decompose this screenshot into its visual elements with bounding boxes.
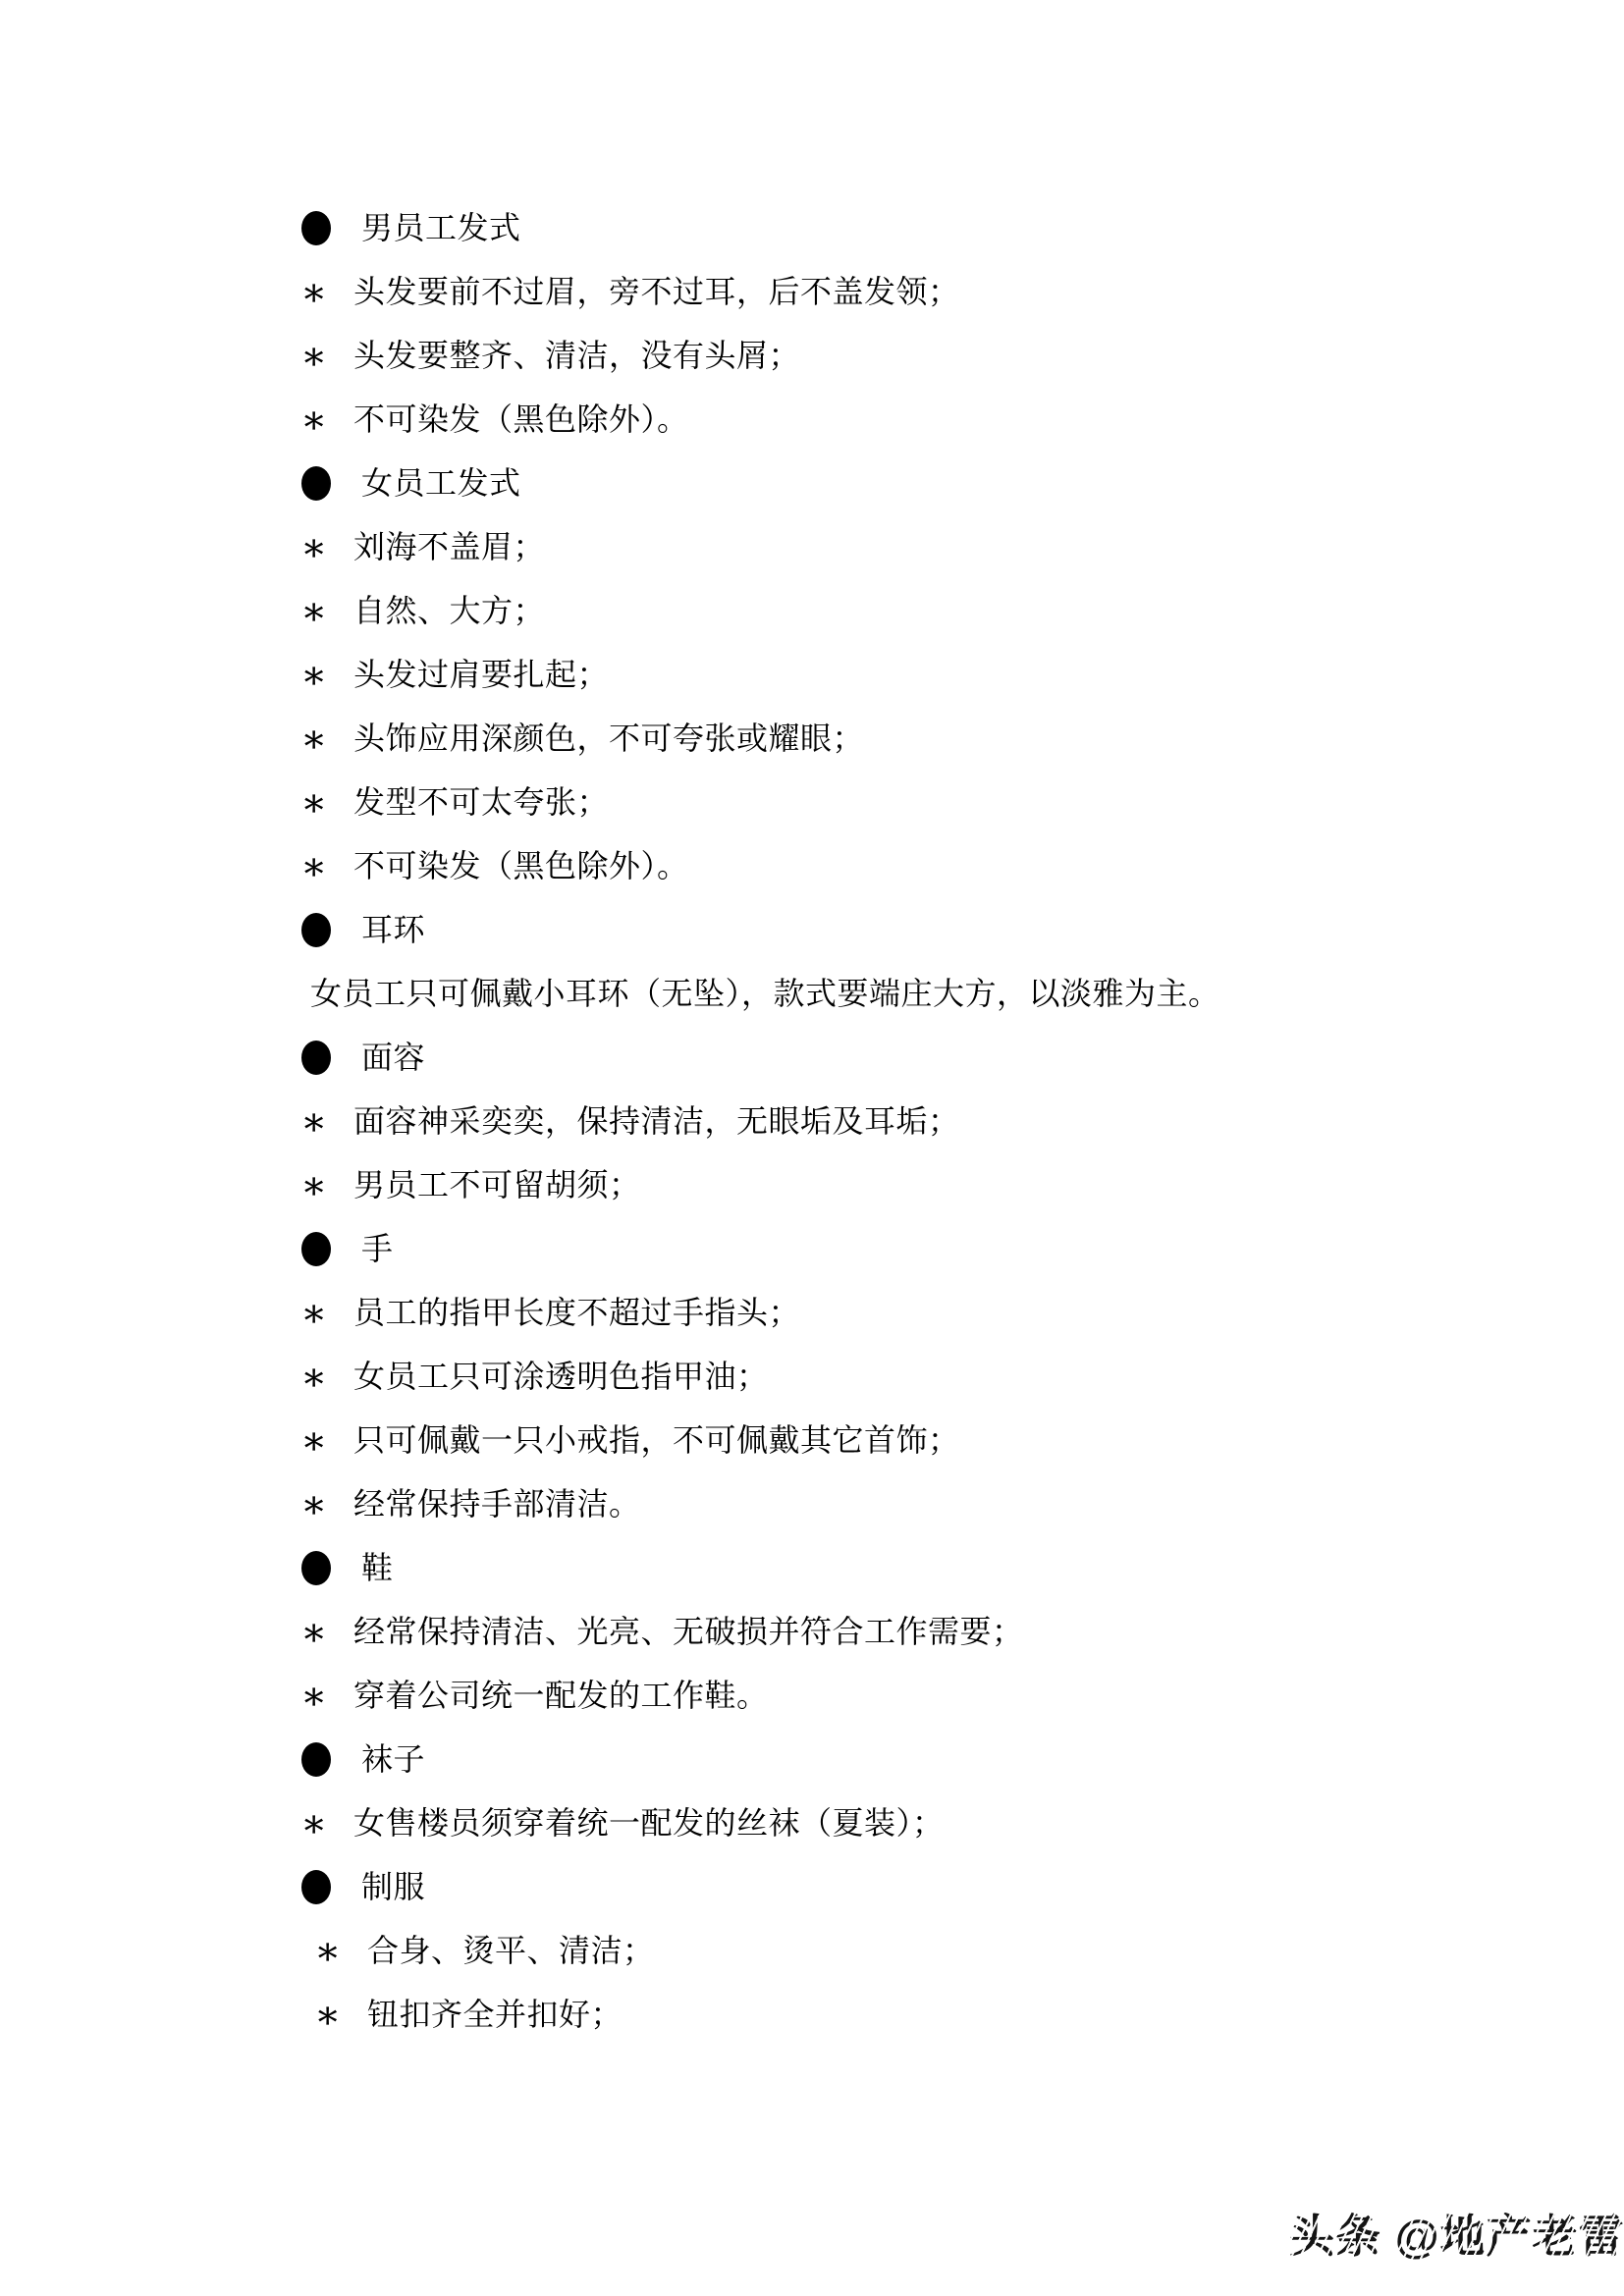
document-page: 男员工发式∗头发要前不过眉，旁不过耳，后不盖发领；∗头发要整齐、清洁，没有头屑；… <box>0 196 1624 2047</box>
list-item-row: ∗穿着公司统一配发的工作鞋。 <box>0 1664 1624 1728</box>
section-heading-row: 面容 <box>0 1026 1624 1090</box>
asterisk-icon: ∗ <box>314 1983 353 2047</box>
bullet-icon <box>299 1728 339 1791</box>
line-text: 经常保持清洁、光亮、无破损并符合工作需要； <box>353 1600 1024 1664</box>
list-item-row: ∗头饰应用深颜色，不可夸张或耀眼； <box>0 707 1624 771</box>
line-text: 手 <box>361 1217 394 1281</box>
document-lines: 男员工发式∗头发要前不过眉，旁不过耳，后不盖发领；∗头发要整齐、清洁，没有头屑；… <box>0 196 1624 2047</box>
asterisk-icon: ∗ <box>300 260 340 324</box>
list-item-row: ∗只可佩戴一只小戒指，不可佩戴其它首饰； <box>0 1409 1624 1472</box>
line-text: 员工的指甲长度不超过手指头； <box>353 1281 800 1345</box>
line-text: 女员工只可佩戴小耳环（无坠），款式要端庄大方，以淡雅为主。 <box>310 962 1220 1026</box>
list-item-row: ∗经常保持清洁、光亮、无破损并符合工作需要； <box>0 1600 1624 1664</box>
asterisk-icon: ∗ <box>314 1919 353 1983</box>
line-text: 头发过肩要扎起； <box>353 643 609 707</box>
line-text: 女员工发式 <box>361 452 521 515</box>
asterisk-icon: ∗ <box>300 1345 340 1409</box>
section-heading-row: 耳环 <box>0 898 1624 962</box>
line-text: 经常保持手部清洁。 <box>353 1472 641 1536</box>
bullet-dot <box>301 1742 331 1777</box>
asterisk-icon: ∗ <box>300 324 340 388</box>
section-heading-row: 袜子 <box>0 1728 1624 1791</box>
list-item-row: ∗女售楼员须穿着统一配发的丝袜（夏装）； <box>0 1791 1624 1855</box>
bullet-dot <box>301 1870 331 1904</box>
line-text: 制服 <box>361 1855 425 1919</box>
line-text: 耳环 <box>361 898 425 962</box>
asterisk-icon: ∗ <box>300 579 340 643</box>
line-text: 头发要前不过眉，旁不过耳，后不盖发领； <box>353 260 960 324</box>
bullet-dot <box>301 913 331 947</box>
list-item-row: ∗发型不可太夸张； <box>0 771 1624 834</box>
line-text: 只可佩戴一只小戒指，不可佩戴其它首饰； <box>353 1409 960 1472</box>
line-text: 不可染发（黑色除外）。 <box>353 388 689 452</box>
line-text: 男员工不可留胡须； <box>353 1153 641 1217</box>
asterisk-icon: ∗ <box>300 1791 340 1855</box>
asterisk-icon: ∗ <box>300 388 340 452</box>
line-text: 头饰应用深颜色，不可夸张或耀眼； <box>353 707 864 771</box>
list-item-row: ∗合身、烫平、清洁； <box>0 1919 1624 1983</box>
asterisk-icon: ∗ <box>300 1281 340 1345</box>
section-heading-row: 手 <box>0 1217 1624 1281</box>
bullet-dot <box>301 1041 331 1075</box>
line-text: 男员工发式 <box>361 196 521 260</box>
asterisk-icon: ∗ <box>300 643 340 707</box>
list-item-row: ∗女员工只可涂透明色指甲油； <box>0 1345 1624 1409</box>
list-item-row: ∗不可染发（黑色除外）。 <box>0 834 1624 898</box>
line-text: 发型不可太夸张； <box>353 771 609 834</box>
asterisk-icon: ∗ <box>300 1090 340 1153</box>
asterisk-icon: ∗ <box>300 1153 340 1217</box>
list-item-row: ∗员工的指甲长度不超过手指头； <box>0 1281 1624 1345</box>
list-item-row: ∗面容神采奕奕，保持清洁，无眼垢及耳垢； <box>0 1090 1624 1153</box>
asterisk-icon: ∗ <box>300 834 340 898</box>
bullet-dot <box>301 1551 331 1585</box>
paragraph-row: 女员工只可佩戴小耳环（无坠），款式要端庄大方，以淡雅为主。 <box>0 962 1624 1026</box>
list-item-row: ∗男员工不可留胡须； <box>0 1153 1624 1217</box>
list-item-row: ∗钮扣齐全并扣好； <box>0 1983 1624 2047</box>
line-text: 袜子 <box>361 1728 425 1791</box>
section-heading-row: 男员工发式 <box>0 196 1624 260</box>
line-text: 女员工只可涂透明色指甲油； <box>353 1345 769 1409</box>
bullet-dot <box>301 1232 331 1266</box>
line-text: 钮扣齐全并扣好； <box>367 1983 623 2047</box>
section-heading-row: 女员工发式 <box>0 452 1624 515</box>
list-item-row: ∗刘海不盖眉； <box>0 515 1624 579</box>
line-text: 自然、大方； <box>353 579 545 643</box>
asterisk-icon: ∗ <box>300 515 340 579</box>
section-heading-row: 鞋 <box>0 1536 1624 1600</box>
line-text: 不可染发（黑色除外）。 <box>353 834 689 898</box>
bullet-icon <box>299 452 339 515</box>
bullet-dot <box>301 211 331 245</box>
list-item-row: ∗头发要整齐、清洁，没有头屑； <box>0 324 1624 388</box>
line-text: 面容神采奕奕，保持清洁，无眼垢及耳垢； <box>353 1090 960 1153</box>
bullet-icon <box>299 1026 339 1090</box>
asterisk-icon: ∗ <box>300 1600 340 1664</box>
list-item-row: ∗不可染发（黑色除外）。 <box>0 388 1624 452</box>
list-item-row: ∗经常保持手部清洁。 <box>0 1472 1624 1536</box>
bullet-icon <box>299 1855 339 1919</box>
toutiao-watermark: 头条 @地产老雷 <box>1289 2209 1624 2264</box>
asterisk-icon: ∗ <box>300 1472 340 1536</box>
bullet-icon <box>299 1536 339 1600</box>
bullet-icon <box>299 196 339 260</box>
line-text: 鞋 <box>361 1536 394 1600</box>
asterisk-icon: ∗ <box>300 1664 340 1728</box>
bullet-icon <box>299 1217 339 1281</box>
bullet-dot <box>301 466 331 501</box>
section-heading-row: 制服 <box>0 1855 1624 1919</box>
asterisk-icon: ∗ <box>300 771 340 834</box>
line-text: 面容 <box>361 1026 425 1090</box>
list-item-row: ∗头发过肩要扎起； <box>0 643 1624 707</box>
asterisk-icon: ∗ <box>300 707 340 771</box>
bullet-icon <box>299 898 339 962</box>
line-text: 合身、烫平、清洁； <box>367 1919 655 1983</box>
list-item-row: ∗自然、大方； <box>0 579 1624 643</box>
line-text: 女售楼员须穿着统一配发的丝袜（夏装）； <box>353 1791 945 1855</box>
line-text: 头发要整齐、清洁，没有头屑； <box>353 324 800 388</box>
asterisk-icon: ∗ <box>300 1409 340 1472</box>
line-text: 穿着公司统一配发的工作鞋。 <box>353 1664 769 1728</box>
list-item-row: ∗头发要前不过眉，旁不过耳，后不盖发领； <box>0 260 1624 324</box>
line-text: 刘海不盖眉； <box>353 515 545 579</box>
